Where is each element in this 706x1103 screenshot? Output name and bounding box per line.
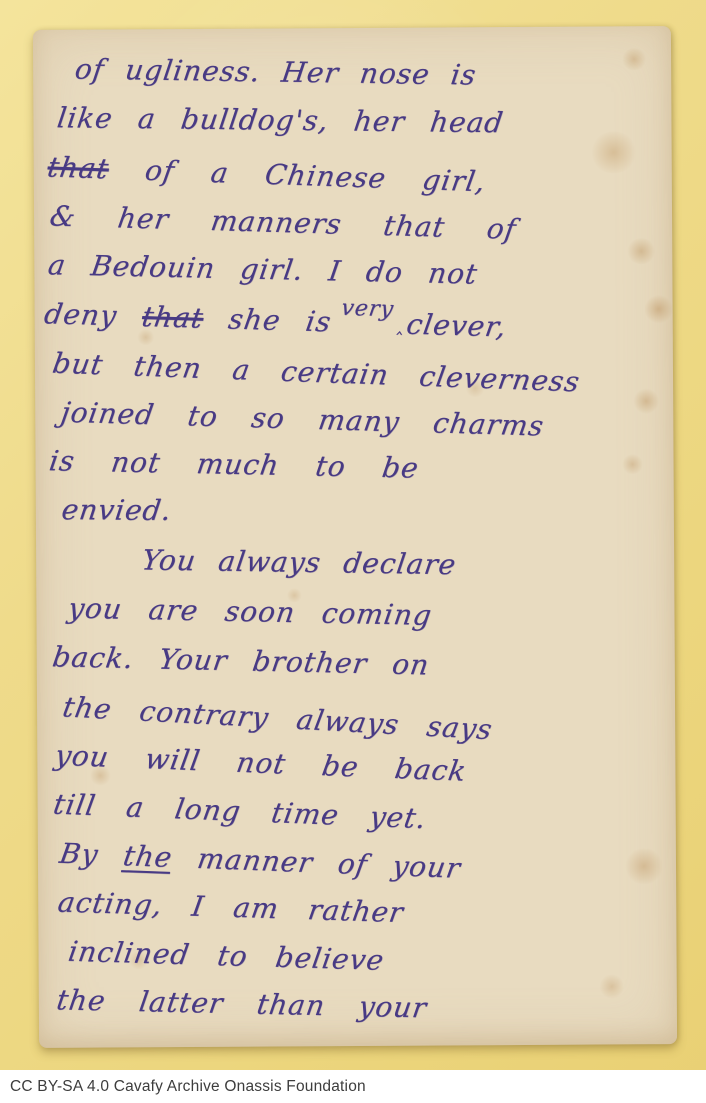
letter-segment: joined to so many charms — [59, 396, 547, 443]
attribution-text: CC BY-SA 4.0 Cavafy Archive Onassis Foun… — [10, 1078, 366, 1096]
letter-segment: of a Chinese girl, — [106, 153, 488, 199]
letter-segment: of ugliness. Her nose is — [73, 53, 479, 92]
letter-segment: envied. — [60, 493, 174, 527]
attribution-bar: CC BY-SA 4.0 Cavafy Archive Onassis Foun… — [0, 1070, 706, 1103]
letter-segment: clever, — [404, 308, 509, 344]
letter-segment: deny — [42, 297, 145, 333]
letter-line: You always declare — [33, 534, 678, 592]
letter-segment: you will not be back — [53, 739, 469, 788]
letter-segment: a Bedouin girl. I do not — [46, 248, 480, 290]
letter-segment: the latter than your — [54, 983, 429, 1024]
letter-segment: acting, I am rather — [56, 886, 406, 929]
letter-segment-strike: that — [45, 151, 111, 186]
letter-segment: & her manners that of — [48, 199, 519, 245]
letter-segment: You always declare — [140, 544, 459, 582]
letter-segment-insert: very — [338, 284, 411, 336]
letter-line: envied. — [33, 485, 677, 539]
letter-segment: is not much to be — [47, 444, 421, 484]
letter-segment: like a bulldog's, her head — [55, 101, 505, 139]
letter-segment: By — [57, 837, 126, 872]
letter-segment: she is — [201, 302, 334, 339]
letter-segment-strike: that — [140, 300, 206, 335]
letter-segment: you are soon coming — [66, 592, 434, 632]
letter-segment: manner of your — [170, 841, 464, 885]
handwritten-letter-text: of ugliness. Her nose islike a bulldog's… — [33, 40, 677, 1024]
letter-segment: back. Your brother on — [50, 640, 431, 681]
letter-segment: inclined to believe — [66, 935, 387, 977]
letter-line: like a bulldog's, her head — [30, 93, 675, 149]
letter-segment-underline: the — [121, 839, 175, 874]
letter-paper: of ugliness. Her nose islike a bulldog's… — [33, 26, 677, 1048]
letter-segment: till a long time yet. — [51, 788, 429, 835]
letter-scan-page: of ugliness. Her nose islike a bulldog's… — [0, 0, 706, 1103]
